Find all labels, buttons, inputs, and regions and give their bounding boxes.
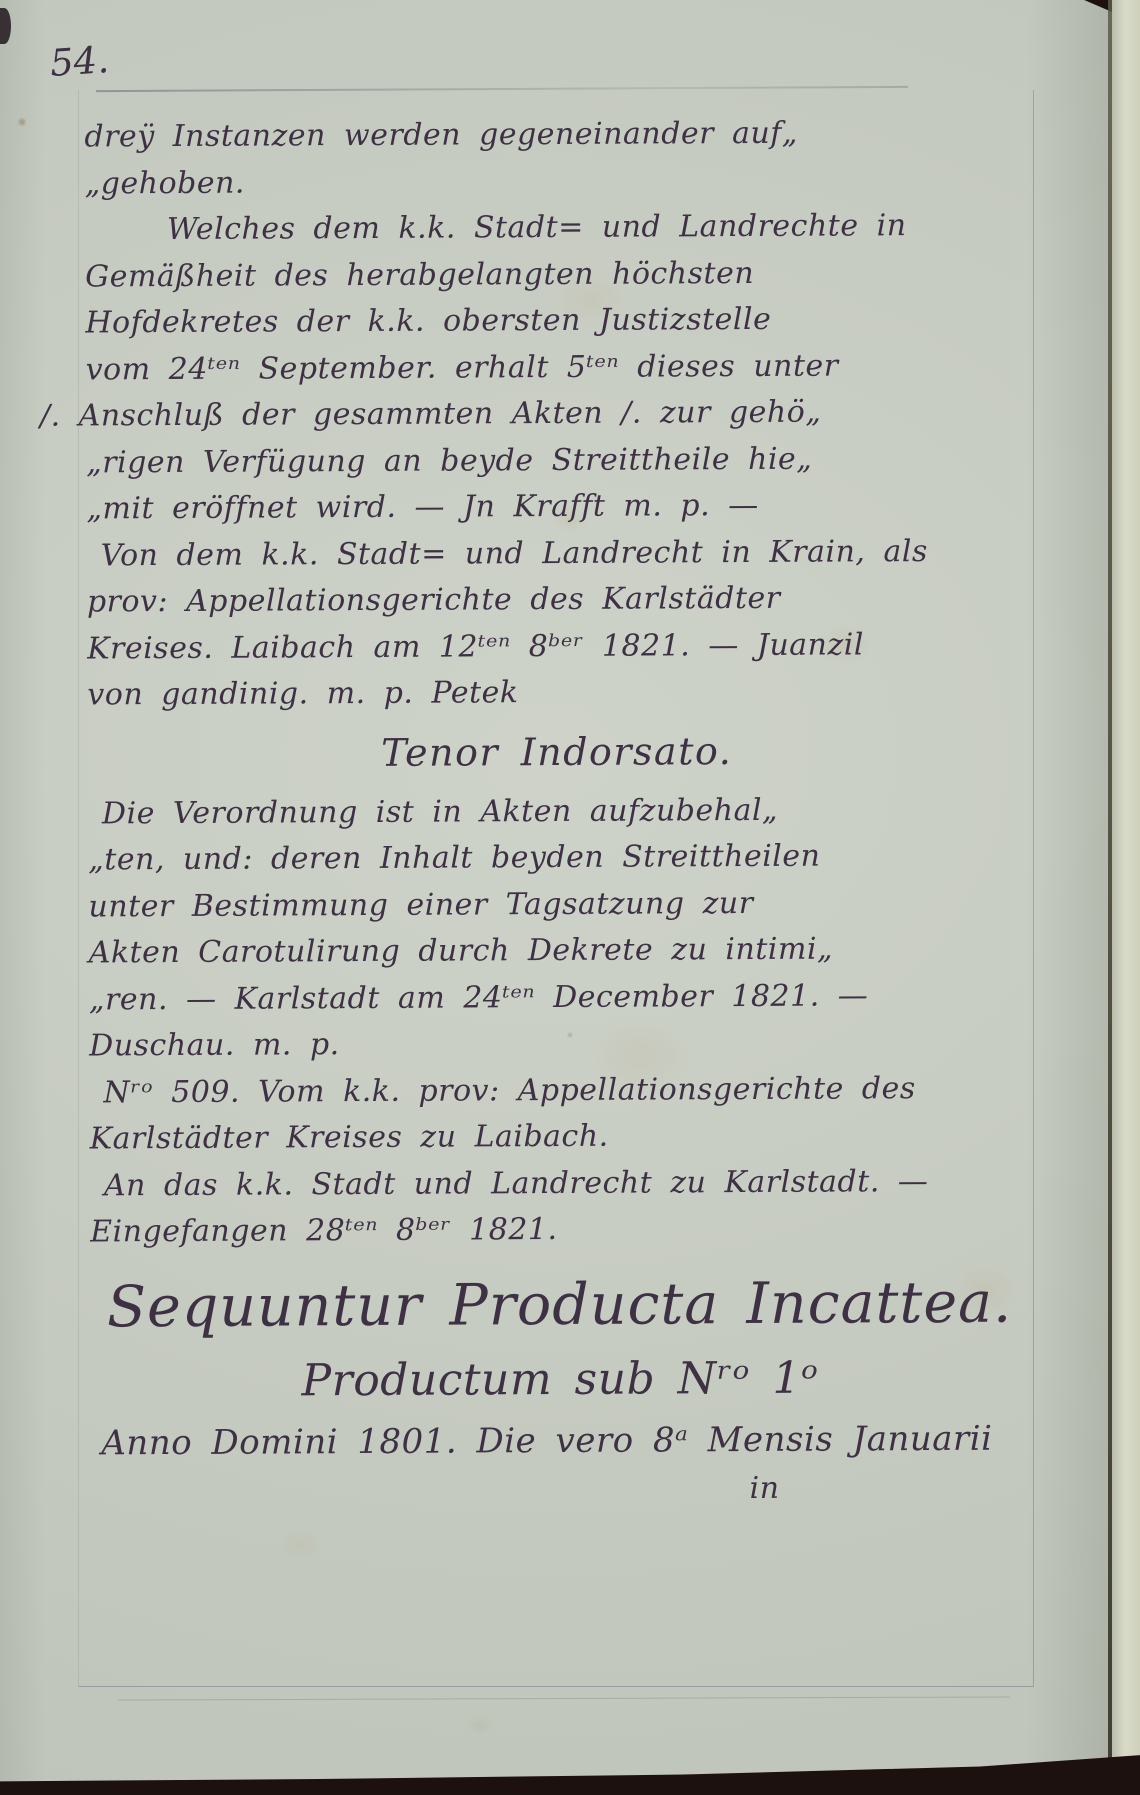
- manuscript-line: „ren. — Karlstadt am 24ᵗᵉⁿ December 1821…: [89, 972, 1027, 1023]
- manuscript-line: /. Anschluß der gesammten Akten /. zur g…: [40, 389, 1024, 441]
- manuscript-line: Nʳᵒ 509. Vom k.k. prov: Appellationsgeri…: [89, 1065, 1027, 1116]
- manuscript-line: Gemäßheit des herabgelangten höchsten: [85, 249, 1023, 300]
- manuscript-line: „ten, und: deren Inhalt beyden Streitthe…: [88, 833, 1026, 884]
- page-edge-smudge: [0, 8, 11, 44]
- manuscript-line: von gandinig. m. p. Petek: [87, 668, 1025, 719]
- manuscript-line: „rigen Verfügung an beyde Streittheile h…: [86, 435, 1024, 486]
- manuscript-line: Die Verordnung ist in Akten aufzubehal„: [88, 786, 1026, 837]
- manuscript-line: Eingefangen 28ᵗᵉⁿ 8ᵇᵉʳ 1821.: [90, 1205, 1028, 1256]
- manuscript-line: Tenor Indorsato.: [88, 720, 1026, 783]
- header-rule-line: [96, 86, 908, 92]
- manuscript-line: Kreises. Laibach am 12ᵗᵉⁿ 8ᵇᵉʳ 1821. — J…: [87, 621, 1025, 672]
- book-edge-bottom: [0, 1738, 1140, 1795]
- manuscript-line: „mit eröffnet wird. — Jn Krafft m. p. —: [86, 482, 1024, 533]
- manuscript-line: Hofdekretes der k.k. obersten Justizstel…: [85, 296, 1023, 347]
- manuscript-line: Anno Domini 1801. Die vero 8ᵃ Mensis Jan…: [91, 1409, 1029, 1472]
- manuscript-line: Karlstädter Kreises zu Laibach.: [90, 1112, 1028, 1163]
- next-page-edge: [1112, 0, 1140, 1795]
- manuscript-text-block: dreÿ Instanzen werden gegeneinander auf„…: [84, 110, 1029, 1512]
- manuscript-line: Welches dem k.k. Stadt= und Landrechte i…: [85, 203, 1023, 254]
- manuscript-line: Sequuntur Producta Incattea.: [90, 1259, 1028, 1350]
- scanned-manuscript-photo: 54. dreÿ Instanzen werden gegeneinander …: [0, 0, 1140, 1795]
- manuscript-line: Productum sub Nʳᵒ 1ᵒ: [91, 1345, 1029, 1414]
- manuscript-line: vom 24ᵗᵉⁿ September. erhalt 5ᵗᵉⁿ dieses …: [86, 342, 1024, 393]
- manuscript-line: unter Bestimmung einer Tagsatzung zur: [88, 879, 1026, 930]
- manuscript-line: Akten Carotulirung durch Dekrete zu inti…: [89, 926, 1027, 977]
- pencil-border-bottom-second-line: [118, 1696, 1010, 1700]
- page-number: 54.: [49, 38, 111, 85]
- manuscript-line: Duschau. m. p.: [89, 1019, 1027, 1070]
- manuscript-line: Von dem k.k. Stadt= und Landrecht in Kra…: [87, 528, 1025, 579]
- manuscript-line: dreÿ Instanzen werden gegeneinander auf„: [84, 110, 1022, 161]
- manuscript-line: „gehoben.: [85, 156, 1023, 207]
- manuscript-line: prov: Appellationsgerichte des Karlstädt…: [87, 575, 1025, 626]
- manuscript-line: An das k.k. Stadt und Landrecht zu Karls…: [90, 1158, 1028, 1209]
- catchword: in: [91, 1467, 1029, 1512]
